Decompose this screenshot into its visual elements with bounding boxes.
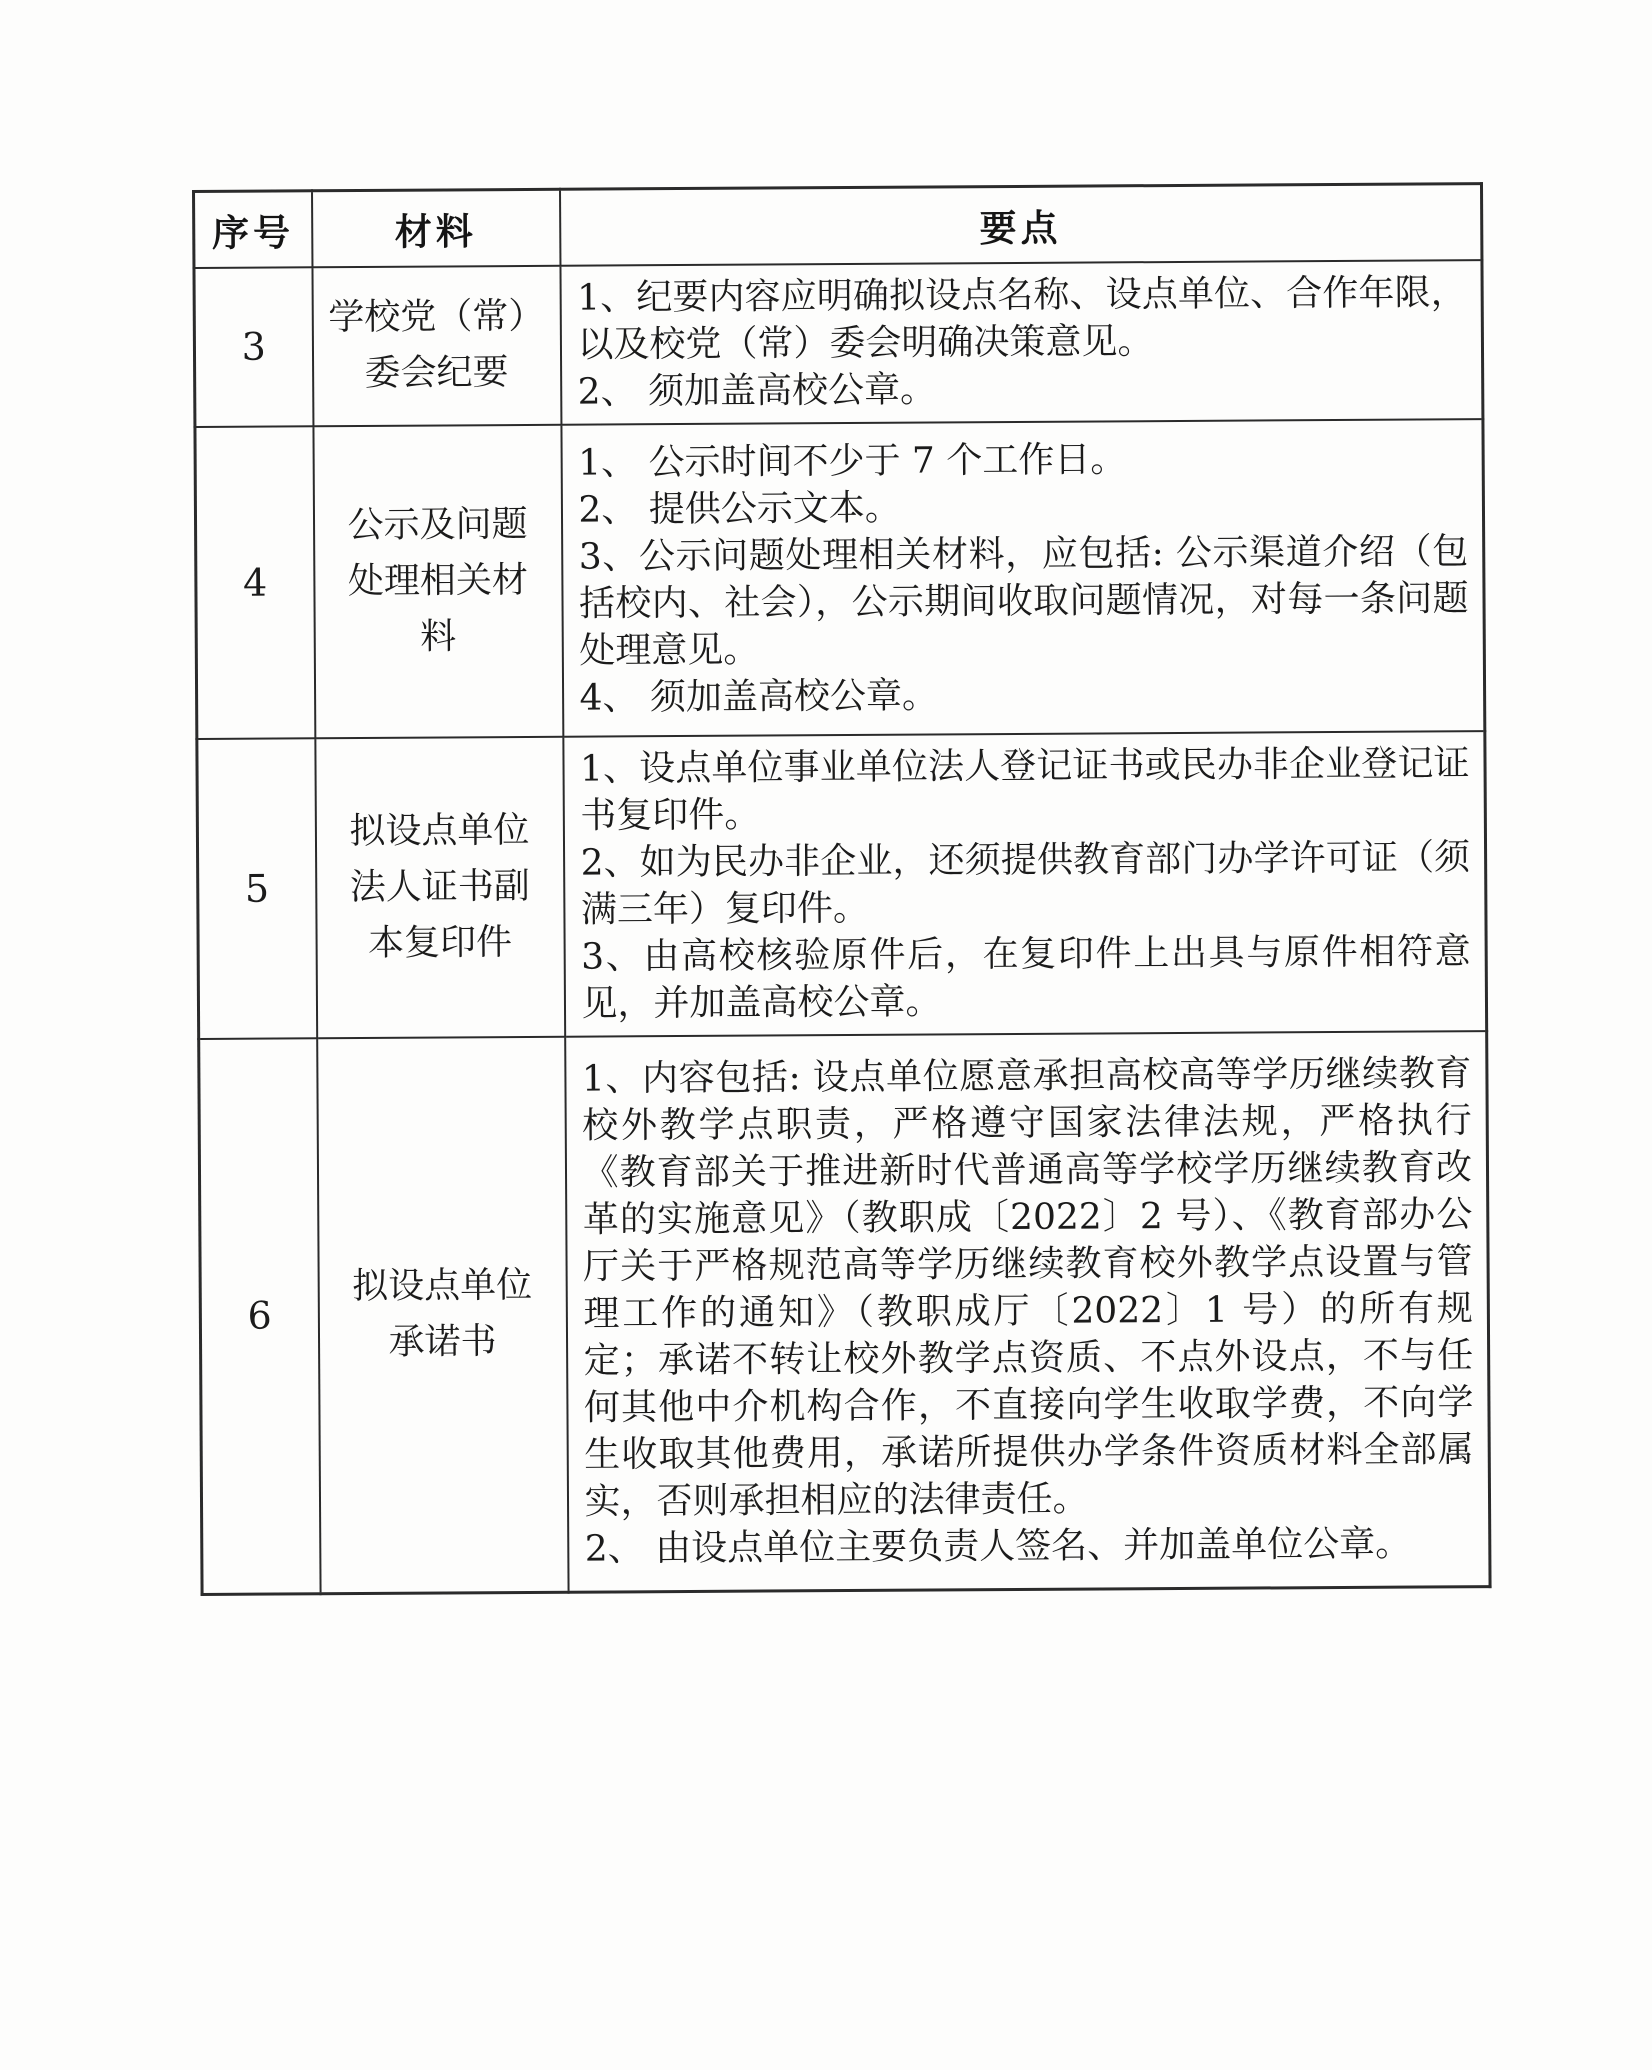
row-index: 6	[199, 1038, 320, 1595]
document-page: 序号 材料 要点 3 学校党（常） 委会纪要 1、纪要内容应明确拟设点名称、设点…	[0, 0, 1652, 2070]
col-header-material: 材料	[312, 189, 560, 267]
key-points: 1、纪要内容应明确拟设点名称、设点单位、合作年限，以及校党（常）委会明确决策意见…	[560, 260, 1483, 425]
row-index: 3	[194, 267, 313, 427]
point-item: 2、如为民办非企业，还须提供教育部门办学许可证（须满三年）复印件。	[580, 834, 1470, 933]
point-item: 1、纪要内容应明确拟设点名称、设点单位、合作年限，以及校党（常）委会明确决策意见…	[577, 269, 1467, 368]
key-points: 1、 公示时间不少于 7 个工作日。 2、 提供公示文本。 3、公示问题处理相关…	[561, 419, 1485, 737]
material-name: 拟设点单位 法人证书副 本复印件	[315, 736, 565, 1038]
row-index: 4	[195, 426, 315, 739]
materials-table: 序号 材料 要点 3 学校党（常） 委会纪要 1、纪要内容应明确拟设点名称、设点…	[192, 182, 1492, 1596]
key-points: 1、内容包括: 设点单位愿意承担高校高等学历继续教育校外教学点职责，严格遵守国家…	[565, 1031, 1490, 1593]
point-item: 4、 须加盖高校公章。	[579, 669, 1469, 721]
point-item: 1、内容包括: 设点单位愿意承担高校高等学历继续教育校外教学点职责，严格遵守国家…	[582, 1050, 1474, 1525]
point-item: 3、由高校核验原件后，在复印件上出具与原件相符意见，并加盖高校公章。	[581, 928, 1471, 1027]
key-points: 1、设点单位事业单位法人登记证书或民办非企业登记证书复印件。 2、如为民办非企业…	[563, 731, 1487, 1037]
point-item: 3、公示问题处理相关材料，应包括: 公示渠道介绍（包括校内、社会），公示期间收取…	[579, 528, 1469, 674]
table-header-row: 序号 材料 要点	[194, 184, 1482, 268]
point-item: 2、 由设点单位主要负责人签名、并加盖单位公章。	[585, 1520, 1475, 1572]
table-row-4: 4 公示及问题 处理相关材 料 1、 公示时间不少于 7 个工作日。 2、 提供…	[195, 419, 1485, 739]
col-header-index: 序号	[194, 191, 312, 268]
point-item: 2、 须加盖高校公章。	[578, 363, 1468, 415]
point-item: 1、 公示时间不少于 7 个工作日。	[578, 434, 1468, 486]
point-item: 1、设点单位事业单位法人登记证书或民办非企业登记证书复印件。	[580, 740, 1470, 839]
material-name: 学校党（常） 委会纪要	[312, 265, 561, 426]
row-index: 5	[197, 738, 317, 1039]
table-row-6: 6 拟设点单位 承诺书 1、内容包括: 设点单位愿意承担高校高等学历继续教育校外…	[199, 1031, 1490, 1595]
material-name: 拟设点单位 承诺书	[317, 1036, 568, 1594]
table-row-3: 3 学校党（常） 委会纪要 1、纪要内容应明确拟设点名称、设点单位、合作年限，以…	[194, 260, 1483, 427]
material-name: 公示及问题 处理相关材 料	[313, 424, 563, 738]
col-header-points: 要点	[560, 184, 1482, 266]
table-row-5: 5 拟设点单位 法人证书副 本复印件 1、设点单位事业单位法人登记证书或民办非企…	[197, 731, 1487, 1039]
point-item: 2、 提供公示文本。	[578, 481, 1468, 533]
